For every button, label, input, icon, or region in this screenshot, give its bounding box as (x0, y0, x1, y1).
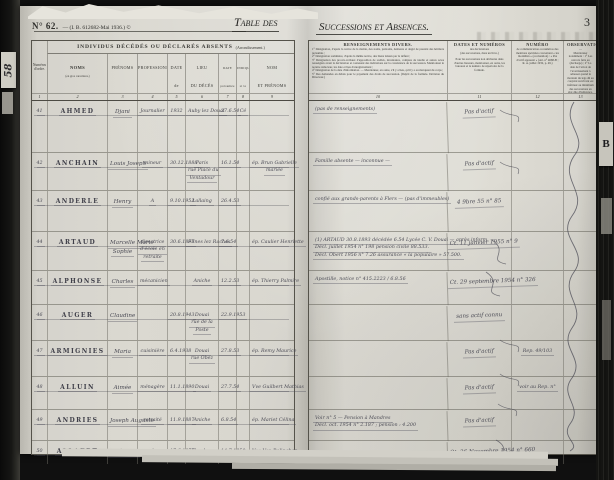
cell-dates-numeros: Pas d'actif (446, 100, 512, 153)
cell-lieu-deces: Douai (185, 377, 218, 409)
cell-profession: mineur (137, 153, 167, 190)
cell-dates-numeros: Ct. 11 janvier 1955 n° 9 (446, 231, 511, 271)
cell-profession: mécanicien (137, 271, 167, 304)
edge-tab-blank (601, 198, 612, 234)
col-header-prenoms: PRÉNOMS (107, 54, 137, 93)
book-right-edge: B (596, 0, 614, 480)
cell-prenoms: Claudine (107, 305, 137, 340)
cell-date-naissance: 20.8.1943 (167, 305, 185, 340)
table-row: 49 ANDRIES Joseph Auguste retraité 11.9.… (32, 409, 294, 440)
cell-numero: 44 (32, 232, 47, 270)
cell-numero: 43 (32, 191, 47, 231)
cell-observations (563, 341, 597, 376)
col-header-date-naissance: DATE de naissance. (167, 54, 185, 93)
cell-etat-civil (236, 377, 249, 409)
col-header-epoux: NOM ET PRÉNOMS de l'époux survivant ou p… (249, 54, 294, 93)
table-row: 43 ANDERLE Henry A 9.10.1953 Lallaing 26… (32, 190, 294, 231)
cell-numero-mention (511, 191, 563, 231)
cell-nom: ANDRIES (47, 410, 107, 440)
col-header-professions: PROFESSIONS (137, 54, 167, 93)
cell-dates-numeros: 4 9bre 55 n° 85 (446, 190, 511, 232)
cell-numero-mention (511, 410, 563, 440)
table-row: Apostille, notice n° 415.2223 / 6.8.56 C… (309, 270, 597, 304)
cell-lieu-deces: Douairue Obez (185, 341, 218, 376)
cell-nom: ARMIGNIES (47, 341, 107, 376)
col-header-date-deces: DATE présumée de l'ouverture de la succe… (218, 54, 236, 93)
cell-etat-civil (236, 232, 249, 270)
cell-dates-numeros: Pas d'actif (446, 409, 511, 441)
cell-epoux: ép. Thierry Palmire (249, 271, 301, 304)
cell-nom: ALPHONSE (47, 271, 107, 304)
table-row: 42 ANCHAIN Louis Joseph mineur 30.12.188… (32, 152, 294, 190)
cell-observations (563, 410, 597, 440)
cell-date-deces: 16.1.54 (218, 153, 236, 190)
table-row: 45 ALPHONSE Charles mécanicien Aniche 12… (32, 270, 294, 304)
cell-observations (563, 101, 597, 152)
cell-renseignements (309, 377, 447, 409)
left-table-header: Numéros d'ordre. INDIVIDUS DÉCÉDÉS OU DÉ… (32, 41, 294, 101)
col-number: 7 (218, 93, 236, 100)
cell-renseignements: (1) ARTAUD 30.8.1893 décédée 6.54 Lycée … (309, 232, 447, 270)
band-title: INDIVIDUS DÉCÉDÉS OU DÉCLARÉS ABSENTS (77, 44, 233, 50)
cell-profession: directriced'école enretraite (137, 232, 167, 270)
table-row: 48 ALLUIN Aimée ménagère 11.1.1890 Douai… (32, 376, 294, 409)
cell-date-deces: 27.8.53 (218, 341, 236, 376)
edge-tab-b: B (599, 122, 613, 166)
table-row: Voir n° 5 — Pension à MandresDécl. oct. … (309, 409, 597, 440)
cell-date-naissance (167, 271, 185, 304)
cell-date-deces: 6.8.54 (218, 410, 236, 440)
col-number: 4 (137, 93, 167, 100)
table-row: Famille absente — inconnue — Pas d'actif (309, 152, 597, 190)
cell-numero: 50 (32, 441, 47, 464)
cell-numero-mention (511, 153, 563, 190)
col-header-numero-mention: NUMÉRO de communication ou numéros des m… (511, 41, 563, 93)
cell-numero: 42 (32, 153, 47, 190)
cell-prenoms: Joseph Auguste (107, 410, 137, 440)
register-table-left: Numéros d'ordre. INDIVIDUS DÉCÉDÉS OU DÉ… (31, 40, 295, 455)
cell-observations (563, 271, 597, 304)
cell-epoux (249, 305, 294, 340)
cell-numero: 48 (32, 377, 47, 409)
cell-etat-civil (236, 153, 249, 190)
cell-date-deces: 27.6.54 (218, 101, 236, 152)
page-title-left: Table des (232, 15, 279, 32)
cell-dates-numeros: sans actif connu (446, 304, 511, 341)
col-number: 8 (236, 93, 249, 100)
table-row: confié aux grands-parents à Flers — (pas… (309, 190, 597, 231)
cell-nom: ALLUIN (47, 377, 107, 409)
table-row: Pas d'actif Rep. 49/103 (309, 340, 597, 376)
cell-prenoms: Aimée (107, 377, 137, 409)
cell-dates-numeros: Pas d'actif (446, 152, 511, 191)
cell-date-deces: 26.4.53 (218, 191, 236, 231)
cell-renseignements: confié aux grands-parents à Flers — (pas… (309, 191, 447, 231)
side-paper-scrap (2, 92, 13, 114)
cell-nom: ANCHAIN (47, 153, 107, 190)
cell-numero-mention (511, 101, 563, 152)
band-suffix: (Arrondissement.) (236, 45, 265, 50)
cell-observations (563, 153, 597, 190)
col-number: 13 (563, 93, 597, 100)
cell-prenoms: Djani (107, 101, 137, 152)
col-number: 11 (447, 93, 511, 100)
cell-lieu-deces: Flines lez Raches (185, 232, 218, 270)
col-header-noms: NOMS (en gros caractères.) (47, 54, 107, 93)
col-number: 9 (249, 93, 294, 100)
cell-numero-mention: Rep. 49/103 (511, 341, 563, 376)
cell-date-naissance: 6.4.1938 (167, 341, 185, 376)
cell-dates-numeros: Ct. 29 septembre 1954 n° 326 (446, 270, 511, 305)
cell-epoux (249, 101, 294, 152)
cell-date-naissance: 30.12.1888 (167, 153, 185, 190)
book-left-edge: 58 (0, 0, 20, 480)
cell-nom: ARTAUD (47, 232, 107, 270)
edge-tab-blank (602, 300, 611, 360)
cell-lieu-deces: Auby lez Douai (185, 101, 218, 152)
cell-date-deces: 7.6.54 (218, 232, 236, 270)
cell-date-deces: 22.9.1953 (218, 305, 236, 340)
cell-lieu-deces: Douairue de laPoste (185, 305, 218, 340)
cell-numero: 45 (32, 271, 47, 304)
cell-profession: A (137, 191, 167, 231)
cell-lieu-deces: Lallaing (185, 191, 218, 231)
cell-epoux: ép. Brun Gabriellemariée (249, 153, 299, 190)
table-row: 47 ARMIGNIES Maria cuisinière 6.4.1938 D… (32, 340, 294, 376)
right-table-body: (pas de renseignements) Pas d'actif Fami… (309, 101, 597, 464)
side-tab-label: 58 (3, 63, 14, 77)
col-number: 10 (309, 93, 447, 100)
page-title-right: Successions et Absences. (316, 21, 432, 35)
cell-etat-civil (236, 341, 249, 376)
col-number: 2 (47, 93, 107, 100)
register-table-right: RENSEIGNEMENTS DIVERS. 1° Désignation, d… (308, 40, 598, 455)
cell-etat-civil (236, 305, 249, 340)
cell-renseignements (309, 305, 447, 340)
cell-etat-civil (236, 191, 249, 231)
table-row: 46 AUGER Claudine 20.8.1943 Douairue de … (32, 304, 294, 340)
cell-lieu-deces: Parisrue Place duVentadour (185, 153, 218, 190)
form-number: N° 62. (32, 21, 59, 31)
cell-profession: Journalier (137, 101, 167, 152)
cell-dates-numeros: Pas d'actif (446, 340, 511, 377)
left-table-title-band: INDIVIDUS DÉCÉDÉS OU DÉCLARÉS ABSENTS (A… (47, 41, 294, 54)
cell-profession (137, 305, 167, 340)
side-tab-58: 58 (1, 52, 16, 88)
col-header-lieu-deces: LIEU DU DÉCÈS Indiquer en outre le lieu … (185, 54, 218, 93)
cell-epoux: Vve Guilbert Mathias (249, 377, 306, 409)
header-rule (34, 31, 246, 32)
register-sheet: N° 62. — (I. B. 612682-Mai 1936.) © Tabl… (20, 6, 600, 454)
table-row: Pas d'actif voir au Rep. n° (309, 376, 597, 409)
col-header-dates-numeros: DATES ET NUMÉROS des déclarations (des s… (447, 41, 511, 93)
cell-prenoms: Maria (107, 341, 137, 376)
table-row: (1) ARTAUD 30.8.1893 décédée 6.54 Lycée … (309, 231, 597, 270)
cell-renseignements: Famille absente — inconnue — (309, 153, 447, 190)
cell-date-naissance: 11.1.1890 (167, 377, 185, 409)
cell-prenoms: Charles (107, 271, 137, 304)
cell-profession: ménagère (137, 377, 167, 409)
col-number: 1 (32, 93, 47, 100)
col-header-etat-civil: INDIQUER si le décédé ou l'absent était … (236, 54, 249, 93)
cell-numero: 47 (32, 341, 47, 376)
cell-date-naissance: 30.6.1897 (167, 232, 185, 270)
right-table-header: RENSEIGNEMENTS DIVERS. 1° Désignation, d… (309, 41, 597, 101)
table-row: (pas de renseignements) Pas d'actif (309, 101, 597, 152)
cell-date-deces: 27.7.54 (218, 377, 236, 409)
scanned-register-spread: 58 N° 62. — (I. B. 612682-Mai 1936.) © T… (0, 0, 614, 480)
cell-profession: cuisinière (137, 341, 167, 376)
cell-etat-civil: Cé (236, 101, 249, 152)
table-row: 41 AHMED Djani Journalier 1932 Auby lez … (32, 101, 294, 152)
cell-epoux: ép. Mariet Célina (249, 410, 296, 440)
cell-date-deces: 12.2.53 (218, 271, 236, 304)
cell-profession: retraité (137, 410, 167, 440)
cell-numero: 41 (32, 101, 47, 152)
cell-etat-civil (236, 271, 249, 304)
cell-numero-mention (511, 305, 563, 340)
cell-nom: ANDERLE (47, 191, 107, 231)
cell-date-naissance: 11.9.1887 (167, 410, 185, 440)
cell-renseignements: Apostille, notice n° 415.2223 / 6.8.56 (309, 271, 447, 304)
cell-renseignements: Voir n° 5 — Pension à MandresDécl. oct. … (309, 410, 447, 440)
cell-date-naissance: 9.10.1953 (167, 191, 185, 231)
cell-epoux: ép. Remy Maurice (249, 341, 298, 376)
cell-prenoms: Louis Joseph (107, 153, 137, 190)
cell-etat-civil (236, 410, 249, 440)
cell-epoux (249, 191, 294, 231)
col-header-numero-ordre: Numéros d'ordre. (32, 41, 47, 93)
col-number: 3 (107, 93, 137, 100)
left-table-body: 41 AHMED Djani Journalier 1932 Auby lez … (32, 101, 294, 464)
cell-numero: 49 (32, 410, 47, 440)
cell-numero-mention: voir au Rep. n° (511, 377, 563, 409)
cell-numero: 46 (32, 305, 47, 340)
cell-epoux: ép. Caulier Henriette (249, 232, 306, 270)
cell-nom: AHMED (47, 101, 107, 152)
cell-prenoms: Henry (107, 191, 137, 231)
cell-observations (563, 441, 597, 464)
cell-observations (563, 232, 597, 270)
cell-prenoms: Marcelle MarieSophie (107, 232, 137, 270)
page-stack-edge (232, 463, 556, 471)
cell-lieu-deces: Aniche (185, 410, 218, 440)
col-header-observations: OBSERVATIONS — Mentionner notamment : 1°… (563, 41, 597, 93)
cell-renseignements (309, 341, 447, 376)
cell-lieu-deces: Aniche (185, 271, 218, 304)
cell-observations (563, 377, 597, 409)
cell-date-naissance: 1932 (167, 101, 185, 152)
col-number: 6 (185, 93, 218, 100)
cell-observations (563, 191, 597, 231)
table-row: sans actif connu (309, 304, 597, 340)
col-header-renseignements: RENSEIGNEMENTS DIVERS. 1° Désignation, d… (309, 41, 447, 93)
col-number: 5 (167, 93, 185, 100)
cell-dates-numeros: Pas d'actif (446, 376, 511, 410)
col-number: 12 (511, 93, 563, 100)
cell-renseignements: (pas de renseignements) (309, 101, 447, 152)
cell-nom: AUGER (47, 305, 107, 340)
page-number: 3 (584, 15, 590, 30)
cell-observations (563, 305, 597, 340)
table-row: 44 ARTAUD Marcelle MarieSophie directric… (32, 231, 294, 270)
